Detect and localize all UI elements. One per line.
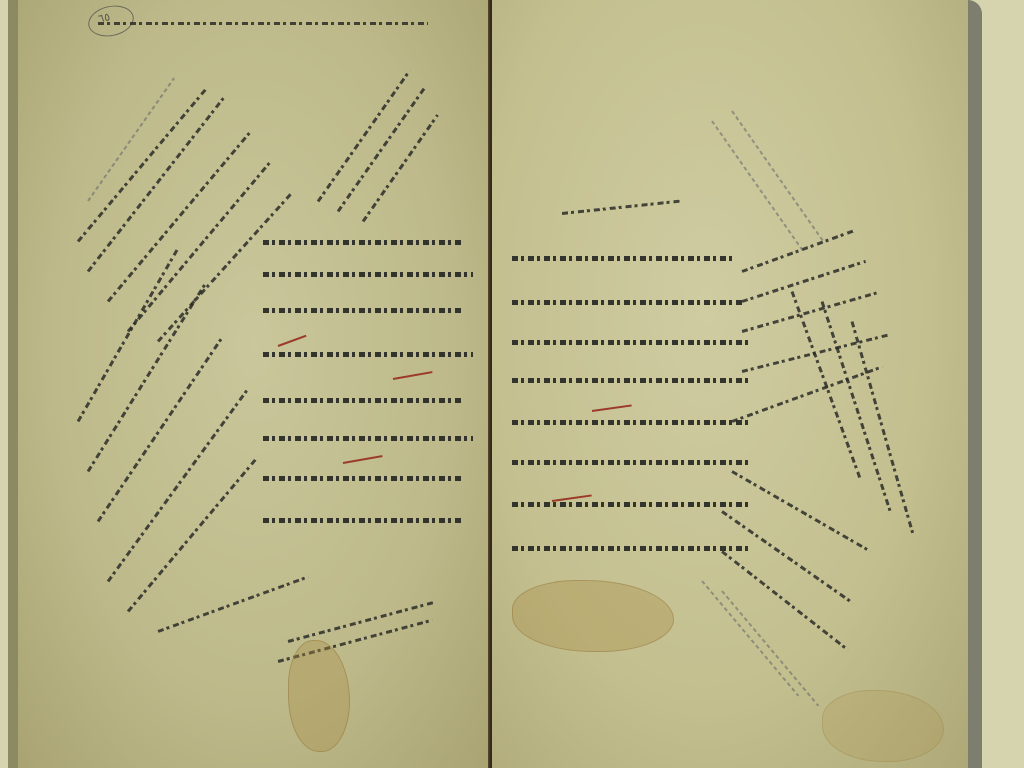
left-page: ٦٥ [Arabic handwritten text - illegible … (8, 0, 490, 768)
water-stain (822, 690, 944, 762)
water-stain (512, 580, 674, 652)
water-stain (288, 640, 350, 752)
right-page: [Arabic handwritten text - illegible at … (492, 0, 982, 768)
folio-number: ٦٥ (85, 2, 136, 41)
manuscript-book: ٦٥ [Arabic handwritten text - illegible … (8, 0, 990, 768)
